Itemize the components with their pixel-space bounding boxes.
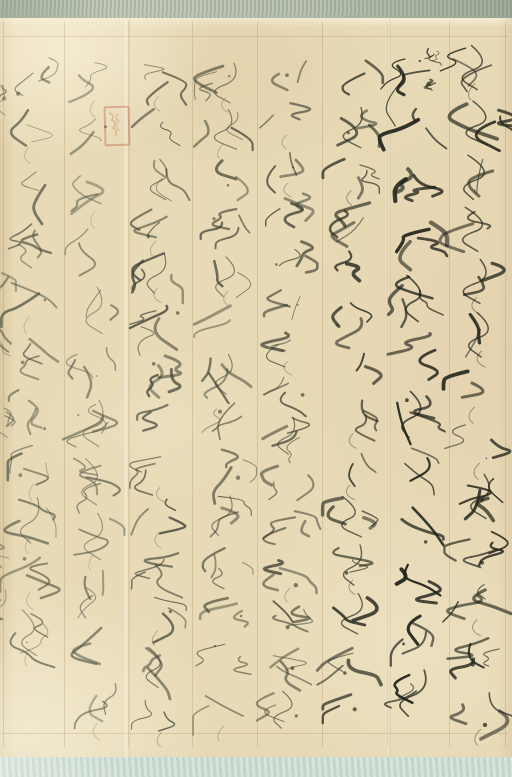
mounting-silk-top-band: [0, 0, 512, 18]
calligraphy-scroll: [0, 0, 512, 777]
fold-crease: [386, 18, 391, 757]
column-rule-line: [449, 22, 450, 747]
paper-sheet: [0, 18, 512, 757]
column-rule-line: [257, 22, 258, 747]
margin-rule-line: [2, 733, 508, 734]
column-rule-line: [192, 22, 193, 747]
collector-seal-stamp: [103, 106, 130, 147]
mounting-silk-bottom-band: [0, 757, 512, 777]
column-rule-line: [3, 22, 4, 747]
column-rule-line: [64, 22, 65, 747]
margin-rule-line: [2, 36, 508, 37]
column-rule-line: [505, 22, 506, 747]
column-rule-line: [322, 22, 323, 747]
seal-script-marks: [106, 108, 125, 140]
